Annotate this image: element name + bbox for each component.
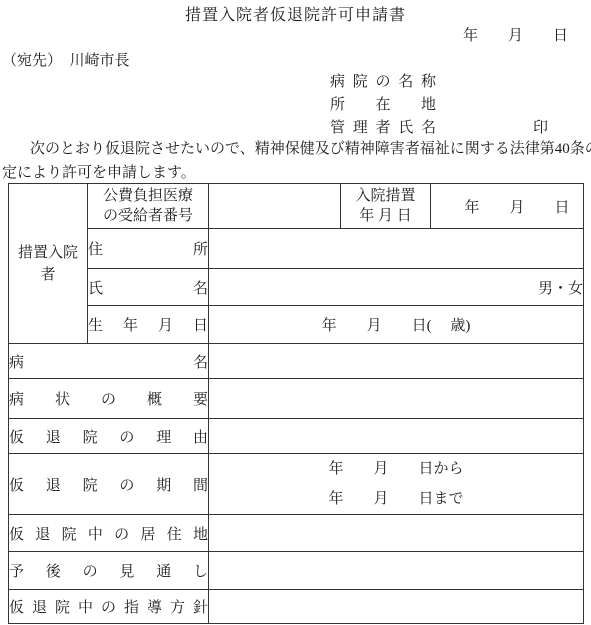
application-date: 年 月 日	[463, 24, 568, 45]
discharge-period-label-cell: 仮退院の期間	[9, 454, 209, 515]
disease-name-label: 病名	[9, 351, 208, 372]
prognosis-label-cell: 予後の見通し	[9, 552, 209, 590]
residence-label: 仮退院中の居住地	[9, 523, 208, 544]
residence-label-cell: 仮退院中の居住地	[9, 515, 209, 552]
statement-line-1: 次のとおり仮退院させたいので、精神保健及び精神障害者福祉に関する法律第40条の規	[2, 137, 590, 161]
recipient-number-label: 公費負担医療 の受給者番号	[88, 184, 209, 229]
birthdate-label-cell: 生年月日	[88, 306, 209, 344]
guidance-policy-field	[209, 590, 584, 624]
discharge-reason-label: 仮退院の理由	[9, 426, 208, 447]
address-label: 住所	[88, 238, 208, 259]
statement-line-2: 定により許可を申請します。	[2, 161, 590, 185]
discharge-reason-field	[209, 419, 584, 454]
period-from-line: 年 月 日から	[209, 454, 583, 484]
seal-mark: 印	[533, 116, 548, 137]
birthdate-label: 生年月日	[88, 314, 208, 335]
hospitalization-order-date-field: 年 月 日	[431, 184, 584, 229]
disease-name-field	[209, 344, 584, 379]
symptoms-label: 病状の概要	[9, 388, 208, 409]
hospital-name-label: 病院の名称	[330, 70, 436, 91]
birthdate-field: 年 月 日( 歳)	[209, 306, 584, 344]
guidance-policy-label: 仮退院中の指導方針	[9, 596, 208, 617]
document-title: 措置入院者仮退院許可申請書	[0, 2, 591, 25]
patient-group-label: 措置入院者	[18, 242, 78, 286]
addressee-line: （宛先） 川崎市長	[2, 49, 130, 70]
name-label: 氏名	[88, 277, 208, 298]
application-form-table: 措置入院者 公費負担医療 の受給者番号 入院措置 年 月 日 年 月 日 住所 …	[8, 183, 584, 624]
hospitalization-order-date-label: 入院措置 年 月 日	[341, 184, 431, 229]
address-field	[209, 229, 584, 269]
manager-name-label: 管理者氏名	[330, 116, 436, 137]
prognosis-field	[209, 552, 584, 590]
name-field: 男・女	[209, 269, 584, 306]
period-to-line: 年 月 日まで	[209, 484, 583, 514]
discharge-period-field: 年 月 日から 年 月 日まで	[209, 454, 584, 515]
address-label-cell: 住所	[88, 229, 209, 269]
hospital-address-label: 所在地	[330, 93, 436, 114]
application-statement: 次のとおり仮退院させたいので、精神保健及び精神障害者福祉に関する法律第40条の規…	[2, 137, 590, 185]
patient-group-cell: 措置入院者	[9, 184, 88, 344]
document-page: 措置入院者仮退院許可申請書 年 月 日 （宛先） 川崎市長 病院の名称 所在地 …	[0, 0, 591, 625]
symptoms-label-cell: 病状の概要	[9, 379, 209, 419]
name-label-cell: 氏名	[88, 269, 209, 306]
prognosis-label: 予後の見通し	[9, 560, 208, 581]
guidance-policy-label-cell: 仮退院中の指導方針	[9, 590, 209, 624]
discharge-period-label: 仮退院の期間	[9, 474, 208, 495]
residence-field	[209, 515, 584, 552]
recipient-number-field	[209, 184, 341, 229]
sex-options: 男・女	[538, 281, 583, 297]
symptoms-field	[209, 379, 584, 419]
disease-name-label-cell: 病名	[9, 344, 209, 379]
discharge-reason-label-cell: 仮退院の理由	[9, 419, 209, 454]
